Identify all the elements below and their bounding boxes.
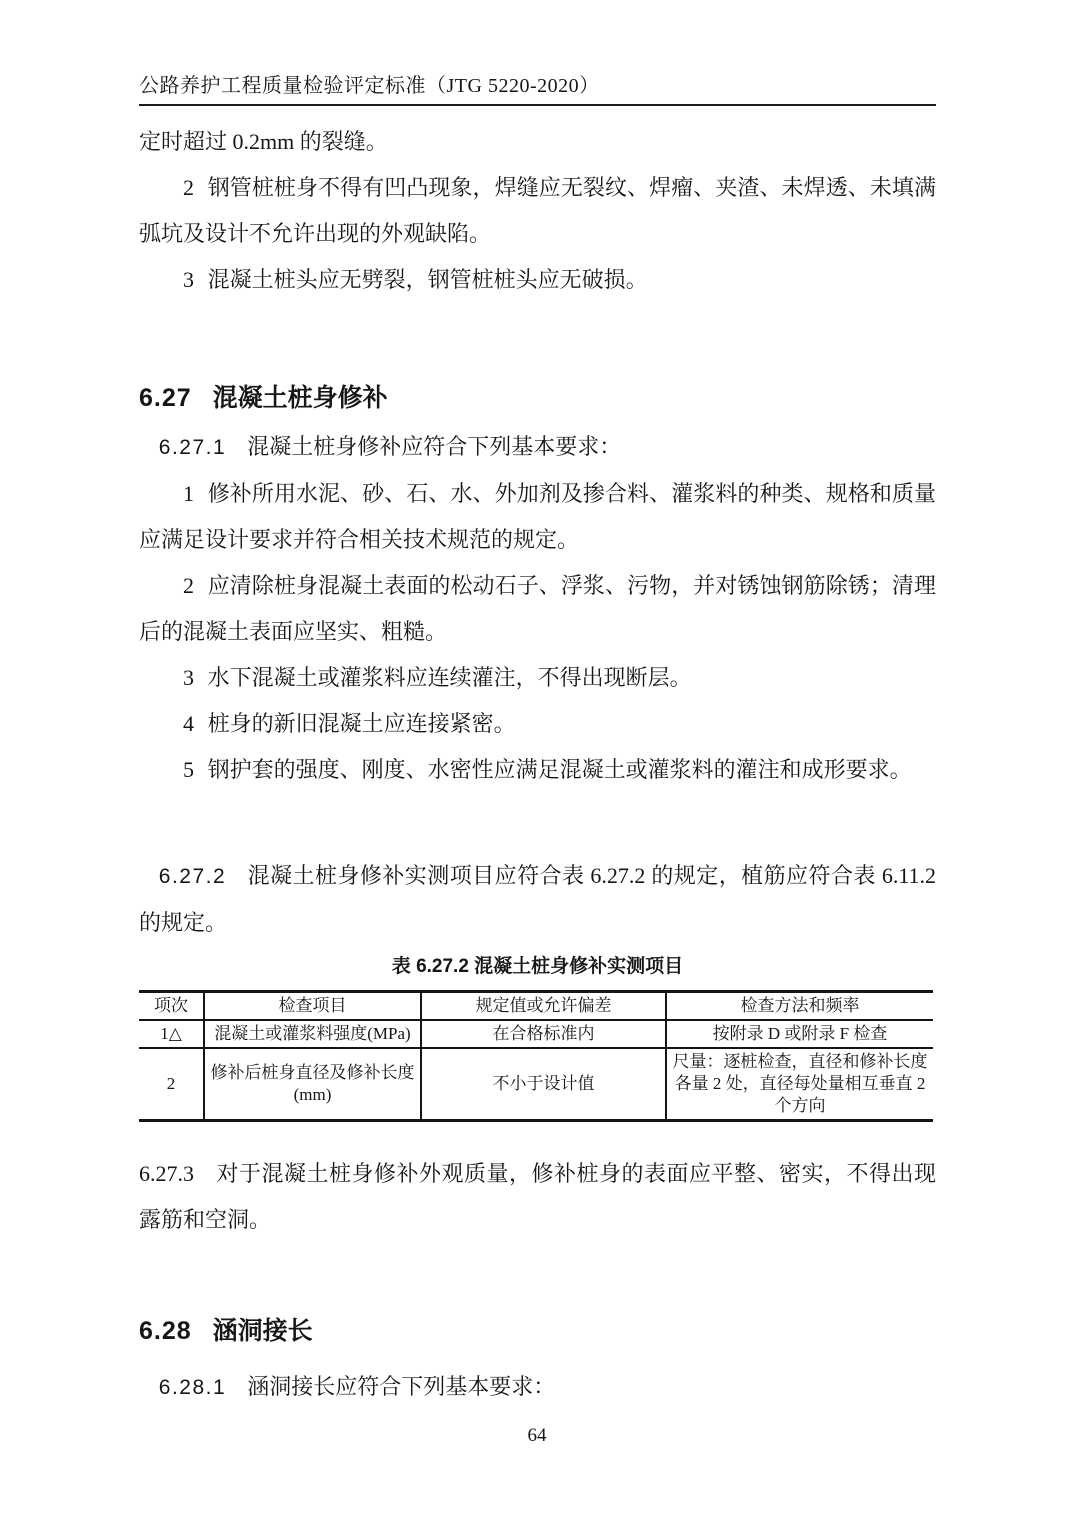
table-header-row: 项次 检查项目 规定值或允许偏差 检查方法和频率	[139, 992, 933, 1021]
clause-number: 6.27.1	[159, 436, 226, 459]
clause-6-27-2: 6.27.2混凝土桩身修补实测项目应符合表 6.27.2 的规定，植筋应符合表 …	[139, 853, 936, 946]
clause-text: 混凝土桩身修补实测项目应符合表 6.27.2 的规定，植筋应符合表 6.11.2…	[139, 863, 936, 935]
column-header-method: 检查方法和频率	[666, 992, 933, 1021]
spec-table-6-27-2: 项次 检查项目 规定值或允许偏差 检查方法和频率 1△ 混凝土或灌浆料强度(MP…	[139, 990, 933, 1122]
table-cell: 混凝土或灌浆料强度(MPa)	[204, 1020, 421, 1048]
item-number: 3	[183, 267, 194, 292]
column-header-tolerance: 规定值或允许偏差	[421, 992, 666, 1021]
section-title: 涵洞接长	[213, 1317, 313, 1345]
item-number: 1	[183, 481, 194, 506]
item-number: 2	[183, 175, 194, 200]
table-cell: 2	[139, 1048, 204, 1121]
clause-6-27-1: 6.27.1混凝土桩身修补应符合下列基本要求：	[139, 424, 936, 471]
section-number: 6.28	[139, 1317, 192, 1345]
table-cell: 修补后桩身直径及修补长度 (mm)	[204, 1048, 421, 1121]
item-text: 修补所用水泥、砂、石、水、外加剂及掺合料、灌浆料的种类、规格和质量应满足设计要求…	[139, 481, 936, 552]
requirement-item-1: 1修补所用水泥、砂、石、水、外加剂及掺合料、灌浆料的种类、规格和质量应满足设计要…	[139, 471, 936, 563]
column-header-item-no: 项次	[139, 992, 204, 1021]
item-text: 混凝土桩头应无劈裂，钢管桩桩头应无破损。	[208, 267, 648, 292]
table-cell: 按附录 D 或附录 F 检查	[666, 1020, 933, 1048]
clause-number: 6.28.1	[159, 1376, 226, 1399]
section-heading-6-28: 6.28涵洞接长	[139, 1314, 936, 1348]
table-cell: 尺量：逐桩检查，直径和修补长度各量 2 处，直径每处量相互垂直 2 个方向	[666, 1048, 933, 1121]
page-content: 公路养护工程质量检验评定标准（JTG 5220-2020） 定时超过 0.2mm…	[0, 0, 1074, 1411]
document-page: 公路养护工程质量检验评定标准（JTG 5220-2020） 定时超过 0.2mm…	[0, 0, 1074, 1520]
requirement-item-2: 2应清除桩身混凝土表面的松动石子、浮浆、污物，并对锈蚀钢筋除锈；清理后的混凝土表…	[139, 563, 936, 655]
page-number: 64	[0, 1424, 1074, 1448]
intro-item-3: 3混凝土桩头应无劈裂，钢管桩桩头应无破损。	[139, 257, 936, 303]
clause-number: 6.27.3	[139, 1161, 194, 1186]
intro-item-2: 2钢管桩桩身不得有凹凸现象，焊缝应无裂纹、焊瘤、夹渣、未焊透、未填满弧坑及设计不…	[139, 165, 936, 257]
clause-text: 对于混凝土桩身修补外观质量，修补桩身的表面应平整、密实，不得出现露筋和空洞。	[139, 1161, 936, 1232]
item-text: 应清除桩身混凝土表面的松动石子、浮浆、污物，并对锈蚀钢筋除锈；清理后的混凝土表面…	[139, 573, 936, 644]
page-header: 公路养护工程质量检验评定标准（JTG 5220-2020）	[139, 0, 936, 106]
item-number: 4	[183, 711, 194, 736]
item-text: 桩身的新旧混凝土应连接紧密。	[208, 711, 516, 736]
requirement-item-5: 5钢护套的强度、刚度、水密性应满足混凝土或灌浆料的灌注和成形要求。	[139, 747, 936, 793]
item-number: 3	[183, 665, 194, 690]
requirement-item-3: 3水下混凝土或灌浆料应连续灌注，不得出现断层。	[139, 655, 936, 701]
section-title: 混凝土桩身修补	[213, 384, 388, 412]
item-text: 水下混凝土或灌浆料应连续灌注，不得出现断层。	[208, 665, 692, 690]
section-heading-6-27: 6.27混凝土桩身修补	[139, 381, 936, 415]
column-header-check-item: 检查项目	[204, 992, 421, 1021]
requirement-item-4: 4桩身的新旧混凝土应连接紧密。	[139, 701, 936, 747]
clause-text: 混凝土桩身修补应符合下列基本要求：	[247, 434, 621, 459]
clause-6-28-1: 6.28.1涵洞接长应符合下列基本要求：	[139, 1364, 936, 1411]
table-row: 2 修补后桩身直径及修补长度 (mm) 不小于设计值 尺量：逐桩检查，直径和修补…	[139, 1048, 933, 1121]
paragraph-continuation: 定时超过 0.2mm 的裂缝。	[139, 119, 936, 165]
item-text: 钢护套的强度、刚度、水密性应满足混凝土或灌浆料的灌注和成形要求。	[208, 757, 912, 782]
item-number: 2	[183, 573, 194, 598]
section-number: 6.27	[139, 384, 192, 412]
header-title: 公路养护工程质量检验评定标准（JTG 5220-2020）	[139, 74, 936, 98]
clause-text: 涵洞接长应符合下列基本要求：	[247, 1374, 555, 1399]
item-text: 钢管桩桩身不得有凹凸现象，焊缝应无裂纹、焊瘤、夹渣、未焊透、未填满弧坑及设计不允…	[139, 175, 936, 246]
table-row: 1△ 混凝土或灌浆料强度(MPa) 在合格标准内 按附录 D 或附录 F 检查	[139, 1020, 933, 1048]
table-cell: 不小于设计值	[421, 1048, 666, 1121]
table-cell: 1△	[139, 1020, 204, 1048]
clause-6-27-3: 6.27.3对于混凝土桩身修补外观质量，修补桩身的表面应平整、密实，不得出现露筋…	[139, 1151, 936, 1243]
table-cell: 在合格标准内	[421, 1020, 666, 1048]
item-number: 5	[183, 757, 194, 782]
clause-number: 6.27.2	[159, 865, 226, 888]
table-title: 表 6.27.2 混凝土桩身修补实测项目	[139, 952, 936, 982]
